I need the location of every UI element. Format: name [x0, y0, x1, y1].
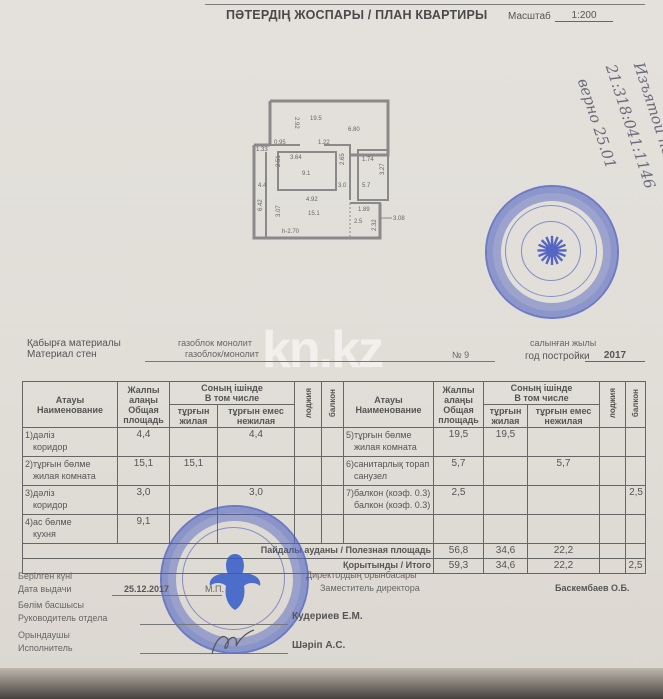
plan-dim-189: 1.89 [358, 207, 370, 213]
useful-living: 34,6 [484, 544, 528, 559]
deputy-label-ru: Заместитель директора [320, 583, 420, 593]
room-total-cell: 5,7 [434, 457, 484, 486]
room-loggia-cell [295, 515, 322, 544]
room-total-cell: 4,4 [118, 428, 170, 457]
header-balcony: балкон [322, 382, 344, 428]
sun-emblem-icon: ✺ [535, 232, 569, 272]
wall-material-value-ru: газоблок/монолит [185, 349, 259, 359]
watermark: kn.kz [262, 320, 382, 380]
year-value: 2017 [585, 350, 645, 362]
room-loggia-cell [600, 486, 626, 515]
room-non-living-cell [528, 515, 600, 544]
room-name-ru: санузел [346, 470, 431, 482]
room-total-cell [434, 515, 484, 544]
room-name-ru: коридор [25, 441, 115, 453]
room-total-cell: 3,0 [118, 486, 170, 515]
room-living-cell [484, 457, 528, 486]
handwritten-signature-icon [208, 628, 258, 658]
room-balcony-cell [626, 515, 646, 544]
room-name-kz: 4)ас бөлме [25, 516, 115, 528]
plan-dim-251: 2.51 [276, 155, 282, 167]
room-name-ru: кухня [25, 528, 115, 540]
room-loggia-cell [600, 457, 626, 486]
room-living-cell [170, 428, 218, 457]
plan-dim-174: 1.74 [362, 157, 374, 163]
plan-area-91: 9.1 [302, 171, 311, 177]
floor-note: № 9 [452, 350, 469, 360]
room-name-kz: 7)балкон (коэф. 0.3) [346, 487, 431, 499]
ceiling-height: h-2.70 [282, 229, 300, 235]
room-balcony-cell: 2,5 [626, 486, 646, 515]
deputy-name: Баскембаев О.Б. [555, 583, 629, 593]
grand-total-area: 59,3 [434, 559, 484, 574]
room-non-living-cell [218, 457, 295, 486]
room-name-cell: 1)дәлізкоридор [23, 428, 118, 457]
header-including-right: Соның ішіндеВ том числе [484, 382, 600, 405]
scale-label: Масштаб [508, 11, 551, 22]
room-living-cell [484, 486, 528, 515]
executor-name: Шәріп А.С. [292, 640, 345, 651]
plan-dim-364: 3.64 [290, 155, 302, 161]
useful-total: 56,8 [434, 544, 484, 559]
plan-dim-680: 6.80 [348, 127, 360, 133]
header-non-living-right: тұрғын емеснежилая [528, 405, 600, 428]
table-row: 3)дәлізкоридор3,03,07)балкон (коэф. 0.3)… [23, 486, 646, 515]
room-area-table: АтауыНаименование ЖалпыалаңыОбщаяплощадь… [22, 381, 646, 574]
document-sheet: ПӘТЕРДІҢ ЖОСПАРЫ / ПЛАН КВАРТИРЫ Масштаб… [0, 0, 663, 675]
room-name-cell: 3)дәлізкоридор [23, 486, 118, 515]
top-rule [205, 4, 645, 5]
room-non-living-cell: 5,7 [528, 457, 600, 486]
room-name-kz: 1)дәліз [25, 429, 115, 441]
deputy-label-kz: Директордың орынбасары [306, 570, 417, 580]
room-living-cell [484, 515, 528, 544]
executor-label-ru: Исполнитель [18, 643, 73, 653]
plan-dim-265: 2.65 [340, 153, 346, 165]
plan-dim-308: 3.08 [393, 216, 405, 222]
issue-date-label-kz: Берілген күні [18, 571, 72, 581]
plan-dim-232: 2.32 [372, 219, 378, 231]
room-loggia-cell [295, 428, 322, 457]
room-name-cell: 4)ас бөлмекухня [23, 515, 118, 544]
head-name: Кудериев Е.М. [292, 611, 363, 622]
plan-dim-292: 2.92 [293, 117, 299, 129]
room-name-kz: 2)тұрғын бөлме [25, 458, 115, 470]
plan-dim-122: 1.22 [318, 140, 330, 146]
room-balcony-cell [322, 515, 344, 544]
room-non-living-cell: 4,4 [218, 428, 295, 457]
room-name-cell: 6)санитарлық торапсанузел [344, 457, 434, 486]
header-living-right: тұрғынжилая [484, 405, 528, 428]
table-row: 4)ас бөлмекухня9,1 [23, 515, 646, 544]
room-name-ru: жилая комната [25, 470, 115, 482]
room-balcony-cell [322, 486, 344, 515]
room-name-ru: коридор [25, 499, 115, 511]
header-total-area-right: ЖалпыалаңыОбщаяплощадь [434, 382, 484, 428]
table-header-row: АтауыНаименование ЖалпыалаңыОбщаяплощадь… [23, 382, 646, 405]
room-name-kz: 5)тұрғын бөлме [346, 429, 431, 441]
room-total-cell: 15,1 [118, 457, 170, 486]
floor-plan: 2.92 19.5 6.80 0.95 1.22 1.33 3.64 2.51 … [250, 95, 410, 250]
scale-value: 1:200 [555, 10, 613, 22]
room-name-cell: 5)тұрғын бөлмежилая комната [344, 428, 434, 457]
useful-area-row: Пайдалы ауданы / Полезная площадь 56,8 3… [23, 544, 646, 559]
header-balcony-right: балкон [626, 382, 646, 428]
table-row: 1)дәлізкоридор4,44,45)тұрғын бөлмежилая … [23, 428, 646, 457]
seal-mark: М.П. [205, 584, 224, 594]
room-living-cell: 15,1 [170, 457, 218, 486]
useful-loggia [600, 544, 626, 559]
room-total-cell: 9,1 [118, 515, 170, 544]
room-total-cell: 2,5 [434, 486, 484, 515]
plan-dim-095: 0.95 [274, 140, 286, 146]
official-stamp-right: ✺ [485, 185, 619, 319]
grand-total-non-living: 22,2 [528, 559, 600, 574]
wall-material-label-kz: Қабырға материалы [27, 338, 121, 349]
header-loggia: лоджия [295, 382, 322, 428]
desk-edge [0, 668, 663, 699]
room-balcony-cell [322, 428, 344, 457]
room-balcony-cell [322, 457, 344, 486]
room-non-living-cell [528, 486, 600, 515]
plan-area-30: 3.0 [338, 183, 347, 189]
executor-label-kz: Орындаушы [18, 630, 70, 640]
grand-total-living: 34,6 [484, 559, 528, 574]
header-name: АтауыНаименование [23, 382, 118, 428]
plan-area-195: 19.5 [310, 116, 322, 122]
room-total-cell: 19,5 [434, 428, 484, 457]
room-balcony-cell [626, 457, 646, 486]
room-name-kz: 6)санитарлық торап [346, 458, 431, 470]
room-loggia-cell [295, 486, 322, 515]
useful-non-living: 22,2 [528, 544, 600, 559]
header-total-area: ЖалпыалаңыОбщаяплощадь [118, 382, 170, 428]
room-balcony-cell [626, 428, 646, 457]
plan-dim-327: 3.27 [380, 163, 386, 175]
header-including: Соның ішіндеВ том числе [170, 382, 295, 405]
document-title: ПӘТЕРДІҢ ЖОСПАРЫ / ПЛАН КВАРТИРЫ [226, 8, 487, 22]
issue-date-label-ru: Дата выдачи [18, 584, 71, 594]
plan-dim-133: 1.33 [256, 147, 268, 153]
header-loggia-right: лоджия [600, 382, 626, 428]
useful-balcony [626, 544, 646, 559]
plan-area-44: 4.4 [258, 183, 267, 189]
room-name-cell: 7)балкон (коэф. 0.3)балкон (коэф. 0.3) [344, 486, 434, 515]
plan-dim-492: 4.92 [306, 197, 318, 203]
room-loggia-cell [600, 428, 626, 457]
plan-area-57: 5.7 [362, 183, 371, 189]
header-name-right: АтауыНаименование [344, 382, 434, 428]
issue-date-value: 25.12.2017 [124, 584, 169, 594]
room-name-kz: 3)дәліз [25, 487, 115, 499]
grand-total-balcony: 2,5 [626, 559, 646, 574]
plan-dim-307: 3.07 [276, 205, 282, 217]
room-name-cell [344, 515, 434, 544]
plan-area-25: 2.5 [354, 219, 363, 225]
grand-total-loggia [600, 559, 626, 574]
year-label-kz: салынған жылы [530, 338, 596, 348]
wall-material-label-ru: Материал стен [27, 349, 97, 360]
issue-date-underline [112, 595, 222, 596]
plan-dim-642: 6.42 [258, 199, 264, 211]
room-name-cell: 2)тұрғын бөлмежилая комната [23, 457, 118, 486]
plan-area-151: 15.1 [308, 211, 320, 217]
room-name-ru: жилая комната [346, 441, 431, 453]
head-label-ru: Руководитель отдела [18, 613, 107, 623]
wall-material-value-kz: газоблок монолит [178, 338, 252, 348]
head-signature-line [140, 624, 288, 625]
header-living: тұрғынжилая [170, 405, 218, 428]
head-label-kz: Бөлім басшысы [18, 600, 84, 610]
header-non-living: тұрғын емеснежилая [218, 405, 295, 428]
fleur-emblem-icon [204, 552, 266, 612]
table-row: 2)тұрғын бөлмежилая комната15,115,16)сан… [23, 457, 646, 486]
year-label-ru: год постройки [525, 351, 590, 362]
room-living-cell: 19,5 [484, 428, 528, 457]
room-name-ru: балкон (коэф. 0.3) [346, 499, 431, 511]
room-loggia-cell [600, 515, 626, 544]
room-non-living-cell [528, 428, 600, 457]
room-loggia-cell [295, 457, 322, 486]
material-underline [145, 361, 495, 362]
